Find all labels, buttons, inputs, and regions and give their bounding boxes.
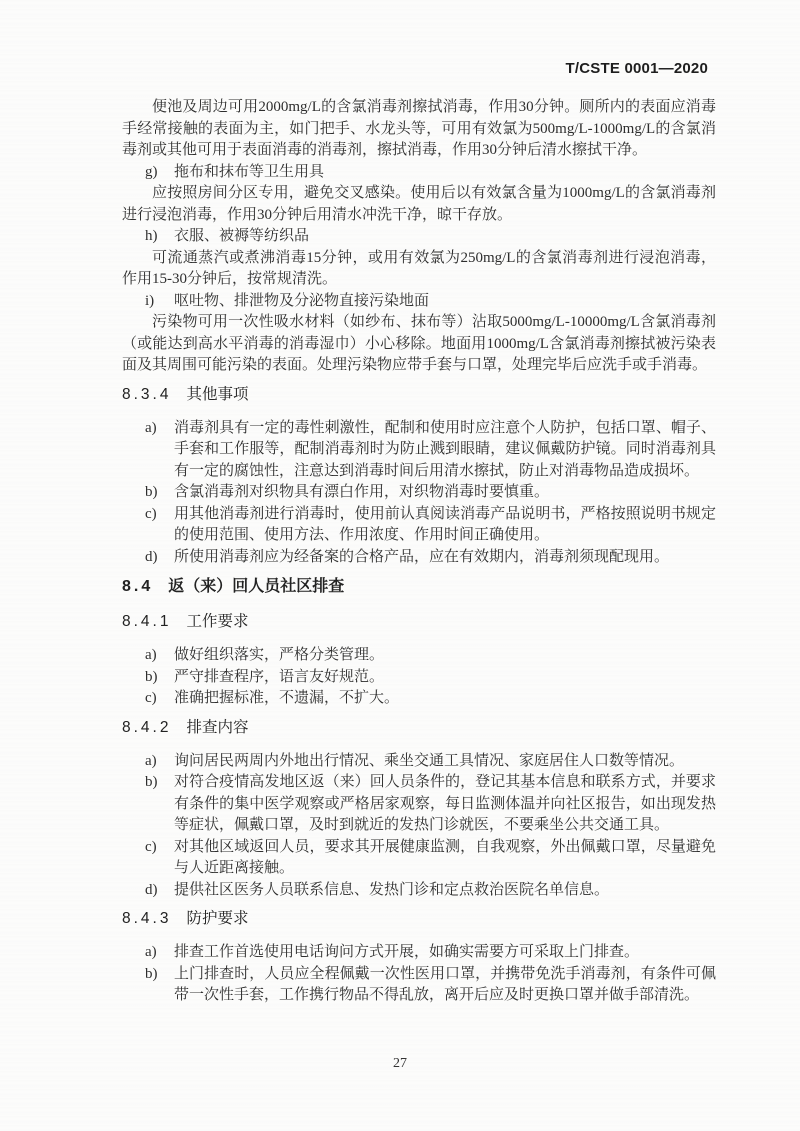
list-item-marker: c) bbox=[145, 504, 157, 526]
list-item: d)所使用消毒剂应为经备案的合格产品，应在有效期内，消毒剂须现配现用。 bbox=[122, 547, 716, 569]
list-item-marker: a) bbox=[145, 942, 157, 964]
document-page: T/CSTE 0001—2020 便池及周边可用2000mg/L的含氯消毒剂擦拭… bbox=[0, 0, 800, 1131]
list-item-text: 对其他区域返回人员，要求其开展健康监测，自我观察，外出佩戴口罩，尽量避免与人近距… bbox=[174, 839, 716, 877]
list-item: b)上门排查时，人员应全程佩戴一次性医用口罩，并携带免洗手消毒剂，有条件可佩带一… bbox=[122, 964, 716, 1007]
list-item-marker: a) bbox=[145, 751, 157, 773]
list-item-text: 做好组织落实，严格分类管理。 bbox=[174, 647, 384, 663]
heading-number: 8.4.2 bbox=[122, 719, 171, 736]
list-item-marker: i) bbox=[145, 291, 154, 313]
list-item-text: 排查工作首选使用电话询问方式开展，如确实需要方可采取上门排查。 bbox=[174, 944, 639, 960]
list-item: c)用其他消毒剂进行消毒时，使用前认真阅读消毒产品说明书，严格按照说明书规定的使… bbox=[122, 504, 716, 547]
list-item: h)衣服、被褥等纺织品 bbox=[122, 226, 716, 248]
paragraph: 可流通蒸汽或煮沸消毒15分钟，或用有效氯为250mg/L的含氯消毒剂进行浸泡消毒… bbox=[122, 248, 716, 291]
list-item: b)对符合疫情高发地区返（来）回人员条件的，登记其基本信息和联系方式，并要求有条… bbox=[122, 772, 716, 837]
list-item-marker: g) bbox=[145, 162, 158, 184]
list-item: i)呕吐物、排泄物及分泌物直接污染地面 bbox=[122, 291, 716, 313]
list-item: d)提供社区医务人员联系信息、发热门诊和定点救治医院名单信息。 bbox=[122, 880, 716, 902]
list-item-text: 准确把握标准，不遗漏，不扩大。 bbox=[174, 690, 399, 706]
list-item: c)准确把握标准，不遗漏，不扩大。 bbox=[122, 688, 716, 710]
list-item: b)严守排查程序，语言友好规范。 bbox=[122, 667, 716, 689]
list-item-text: 提供社区医务人员联系信息、发热门诊和定点救治医院名单信息。 bbox=[174, 882, 609, 898]
list-item-marker: c) bbox=[145, 688, 157, 710]
list-item-marker: a) bbox=[145, 645, 157, 667]
heading-number: 8.3.4 bbox=[122, 386, 171, 403]
list-item-marker: b) bbox=[145, 667, 158, 689]
section-heading-8.4.2: 8.4.2排查内容 bbox=[122, 717, 716, 739]
list-item-marker: h) bbox=[145, 226, 158, 248]
list-item-text: 消毒剂具有一定的毒性刺激性，配制和使用时应注意个人防护，包括口罩、帽子、手套和工… bbox=[174, 420, 716, 479]
section-heading-8.4.1: 8.4.1工作要求 bbox=[122, 611, 716, 633]
list-item-marker: a) bbox=[145, 418, 157, 440]
list-item-marker: d) bbox=[145, 880, 158, 902]
list-item: a)消毒剂具有一定的毒性刺激性，配制和使用时应注意个人防护，包括口罩、帽子、手套… bbox=[122, 418, 716, 483]
list-item: a)排查工作首选使用电话询问方式开展，如确实需要方可采取上门排查。 bbox=[122, 942, 716, 964]
section-heading-8.4: 8.4返（来）回人员社区排查 bbox=[122, 575, 716, 599]
list-item: a)询问居民两周内外地出行情况、乘坐交通工具情况、家庭居住人口数等情况。 bbox=[122, 751, 716, 773]
heading-title: 其他事项 bbox=[186, 386, 248, 403]
list-item-marker: d) bbox=[145, 547, 158, 569]
heading-title: 排查内容 bbox=[186, 719, 248, 736]
heading-title: 工作要求 bbox=[186, 613, 248, 630]
heading-number: 8.4.1 bbox=[122, 613, 171, 630]
list-item: g)拖布和抹布等卫生用具 bbox=[122, 162, 716, 184]
section-heading-8.4.3: 8.4.3防护要求 bbox=[122, 908, 716, 930]
list-item: a)做好组织落实，严格分类管理。 bbox=[122, 645, 716, 667]
list-item-marker: c) bbox=[145, 837, 157, 859]
heading-number: 8.4 bbox=[122, 578, 153, 595]
paragraph: 应按照房间分区专用，避免交叉感染。使用后以有效氯含量为1000mg/L的含氯消毒… bbox=[122, 183, 716, 226]
list-item-text: 用其他消毒剂进行消毒时，使用前认真阅读消毒产品说明书，严格按照说明书规定的使用范… bbox=[174, 506, 716, 544]
heading-number: 8.4.3 bbox=[122, 910, 171, 927]
paragraph: 便池及周边可用2000mg/L的含氯消毒剂擦拭消毒，作用30分钟。厕所内的表面应… bbox=[122, 97, 716, 162]
heading-title: 防护要求 bbox=[186, 910, 248, 927]
document-header-code: T/CSTE 0001—2020 bbox=[566, 60, 708, 77]
list-item-marker: b) bbox=[145, 482, 158, 504]
list-item-text: 询问居民两周内外地出行情况、乘坐交通工具情况、家庭居住人口数等情况。 bbox=[174, 753, 684, 769]
page-number: 27 bbox=[0, 1056, 800, 1072]
document-content: 便池及周边可用2000mg/L的含氯消毒剂擦拭消毒，作用30分钟。厕所内的表面应… bbox=[122, 97, 716, 1007]
list-item-text: 严守排查程序，语言友好规范。 bbox=[174, 669, 384, 685]
list-item: b)含氯消毒剂对织物具有漂白作用，对织物消毒时要慎重。 bbox=[122, 482, 716, 504]
list-item-marker: b) bbox=[145, 964, 158, 986]
section-heading-8.3.4: 8.3.4其他事项 bbox=[122, 384, 716, 406]
list-item-text: 对符合疫情高发地区返（来）回人员条件的，登记其基本信息和联系方式，并要求有条件的… bbox=[174, 774, 716, 833]
paragraph: 污染物可用一次性吸水材料（如纱布、抹布等）沾取5000mg/L-10000mg/… bbox=[122, 312, 716, 377]
list-item-text: 衣服、被褥等纺织品 bbox=[174, 228, 309, 244]
heading-title: 返（来）回人员社区排查 bbox=[168, 578, 344, 595]
list-item-marker: b) bbox=[145, 772, 158, 794]
list-item-text: 呕吐物、排泄物及分泌物直接污染地面 bbox=[174, 293, 429, 309]
list-item-text: 拖布和抹布等卫生用具 bbox=[174, 164, 324, 180]
list-item: c)对其他区域返回人员，要求其开展健康监测，自我观察，外出佩戴口罩，尽量避免与人… bbox=[122, 837, 716, 880]
list-item-text: 所使用消毒剂应为经备案的合格产品，应在有效期内，消毒剂须现配现用。 bbox=[174, 549, 669, 565]
list-item-text: 上门排查时，人员应全程佩戴一次性医用口罩，并携带免洗手消毒剂，有条件可佩带一次性… bbox=[174, 966, 716, 1004]
list-item-text: 含氯消毒剂对织物具有漂白作用，对织物消毒时要慎重。 bbox=[174, 484, 549, 500]
